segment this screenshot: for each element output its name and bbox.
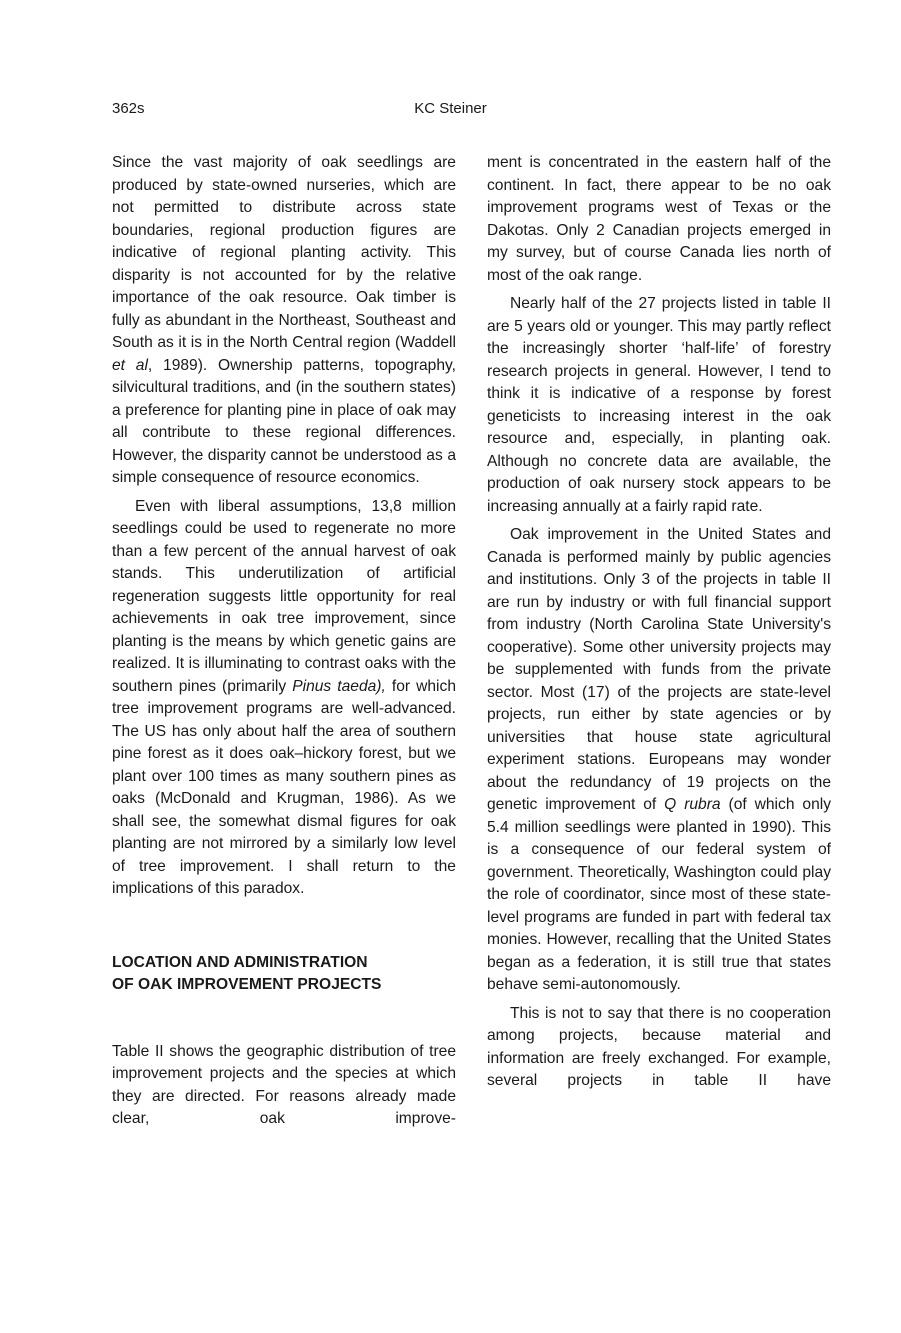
text-run: Even with liberal assumptions, 13,8 mill…: [112, 498, 456, 695]
section-heading: LOCATION AND ADMINISTRATION OF OAK IMPRO…: [112, 952, 456, 997]
text-run: Since the vast majority of oak seedlings…: [112, 154, 456, 351]
section-heading-line: LOCATION AND ADMINISTRATION: [112, 952, 456, 975]
paragraph: Nearly half of the 27 projects listed in…: [487, 293, 831, 518]
text-run: (of which only 5.4 million seedlings wer…: [487, 796, 831, 993]
paragraph: Since the vast majority of oak seedlings…: [112, 152, 456, 490]
running-head-author: KC Steiner: [0, 97, 901, 121]
running-head: 362s KC Steiner: [0, 97, 901, 121]
species-name-italic: Q rubra: [664, 796, 720, 813]
paragraph: Even with liberal assumptions, 13,8 mill…: [112, 496, 456, 901]
citation-italic: et al: [112, 357, 148, 374]
text-run: ment is concentrated in the eastern half…: [487, 154, 831, 284]
text-run: Nearly half of the 27 projects listed in…: [487, 295, 831, 515]
section-heading-line: OF OAK IMPROVEMENT PROJECTS: [112, 974, 456, 997]
paragraph: Oak improvement in the United States and…: [487, 524, 831, 997]
species-name-italic: Pinus taeda),: [292, 678, 386, 695]
paragraph: This is not to say that there is no coop…: [487, 1003, 831, 1093]
text-run: for which tree improvement programs are …: [112, 678, 456, 898]
text-run: Oak improvement in the United States and…: [487, 526, 831, 813]
text-run: , 1989). Ownership patterns, topography,…: [112, 357, 456, 487]
paragraph: Table II shows the geographic distributi…: [112, 1041, 456, 1131]
text-run: This is not to say that there is no coop…: [487, 1005, 831, 1090]
right-column: ment is concentrated in the eastern half…: [487, 152, 831, 1099]
paragraph: ment is concentrated in the eastern half…: [487, 152, 831, 287]
left-column: Since the vast majority of oak seedlings…: [112, 152, 456, 1137]
